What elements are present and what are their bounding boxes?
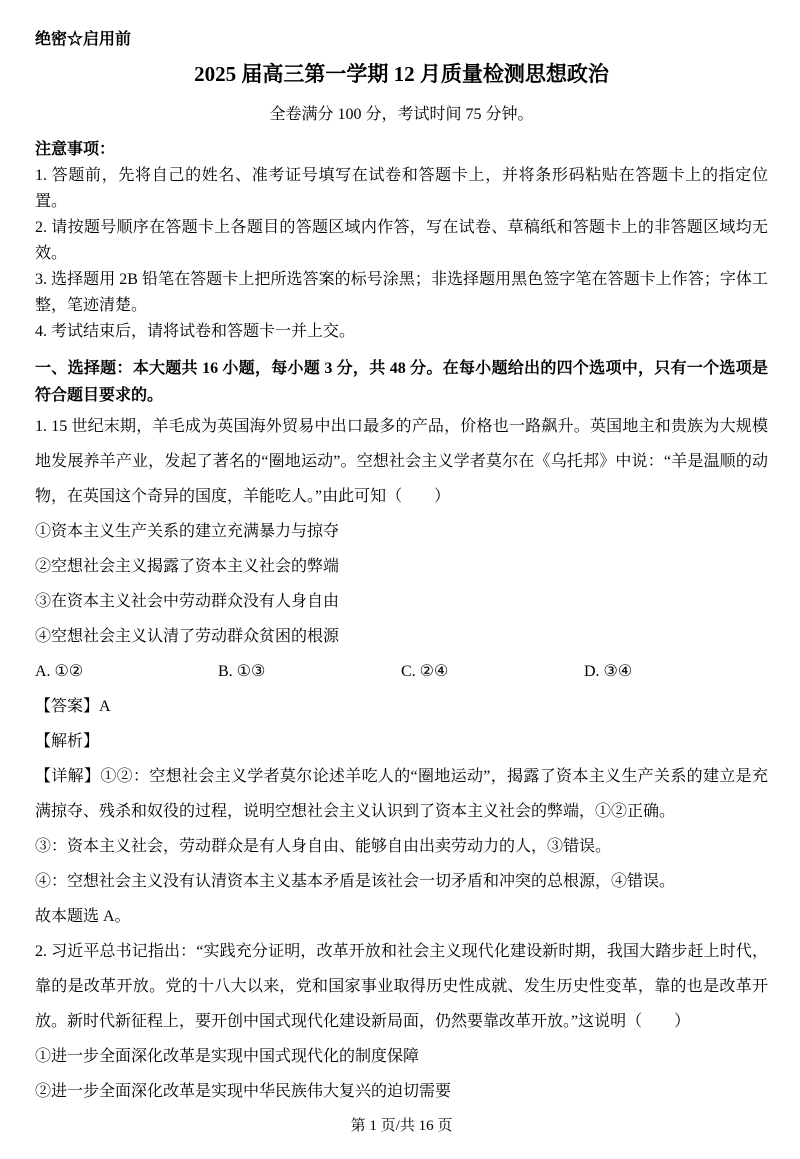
notice-item-2: 2. 请按题号顺序在答题卡上各题目的答题区域内作答，写在试卷、草稿纸和答题卡上的… [35, 215, 768, 267]
section-1-heading: 一、选择题：本大题共 16 小题，每小题 3 分，共 48 分。在每小题给出的四… [35, 355, 768, 409]
question-1-conclusion: 故本题选 A。 [35, 899, 768, 934]
question-2-statement-2: ②进一步全面深化改革是实现中华民族伟大复兴的迫切需要 [35, 1074, 768, 1109]
question-1-detail-3: ④：空想社会主义没有认清资本主义基本矛盾是该社会一切矛盾和冲突的总根源，④错误。 [35, 864, 768, 899]
question-1-answer: 【答案】A [35, 689, 768, 724]
choice-d: D. ③④ [584, 654, 768, 689]
question-1-statement-2: ②空想社会主义揭露了资本主义社会的弊端 [35, 549, 768, 584]
notice-section: 注意事项： 1. 答题前，先将自己的姓名、准考证号填写在试卷和答题卡上，并将条形… [35, 137, 768, 345]
questions-area: 1. 15 世纪末期，羊毛成为英国海外贸易中出口最多的产品，价格也一路飙升。英国… [35, 409, 768, 1109]
question-1-statement-1: ①资本主义生产关系的建立充满暴力与掠夺 [35, 514, 768, 549]
choice-b: B. ①③ [218, 654, 401, 689]
choice-a: A. ①② [35, 654, 218, 689]
notice-item-1: 1. 答题前，先将自己的姓名、准考证号填写在试卷和答题卡上，并将条形码粘贴在答题… [35, 163, 768, 215]
question-2-stem: 2. 习近平总书记指出：“实践充分证明，改革开放和社会主义现代化建设新时期，我国… [35, 934, 768, 1039]
question-1-stem: 1. 15 世纪末期，羊毛成为英国海外贸易中出口最多的产品，价格也一路飙升。英国… [35, 409, 768, 514]
notice-item-4: 4. 考试结束后，请将试卷和答题卡一并上交。 [35, 319, 768, 345]
question-1-detail-1: 【详解】①②：空想社会主义学者莫尔论述羊吃人的“圈地运动”，揭露了资本主义生产关… [35, 759, 768, 829]
question-1-choices-row: A. ①② B. ①③ C. ②④ D. ③④ [35, 654, 768, 689]
question-1-analysis-label: 【解析】 [35, 724, 768, 759]
exam-paper-page: 绝密☆启用前 2025 届高三第一学期 12 月质量检测思想政治 全卷满分 10… [0, 0, 800, 1159]
question-1-statement-4: ④空想社会主义认清了劳动群众贫困的根源 [35, 619, 768, 654]
page-title: 2025 届高三第一学期 12 月质量检测思想政治 [35, 59, 768, 89]
question-2-statement-1: ①进一步全面深化改革是实现中国式现代化的制度保障 [35, 1039, 768, 1074]
question-1-detail-2: ③：资本主义社会，劳动群众是有人身自由、能够自由出卖劳动力的人，③错误。 [35, 829, 768, 864]
question-1-statement-3: ③在资本主义社会中劳动群众没有人身自由 [35, 584, 768, 619]
notice-heading: 注意事项： [35, 137, 768, 163]
security-classification: 绝密☆启用前 [35, 29, 768, 51]
choice-c: C. ②④ [401, 654, 584, 689]
page-number: 第 1 页/共 16 页 [35, 1109, 768, 1144]
notice-item-3: 3. 选择题用 2B 铅笔在答题卡上把所选答案的标号涂黑；非选择题用黑色签字笔在… [35, 267, 768, 319]
exam-score-time-info: 全卷满分 100 分，考试时间 75 分钟。 [35, 103, 768, 127]
